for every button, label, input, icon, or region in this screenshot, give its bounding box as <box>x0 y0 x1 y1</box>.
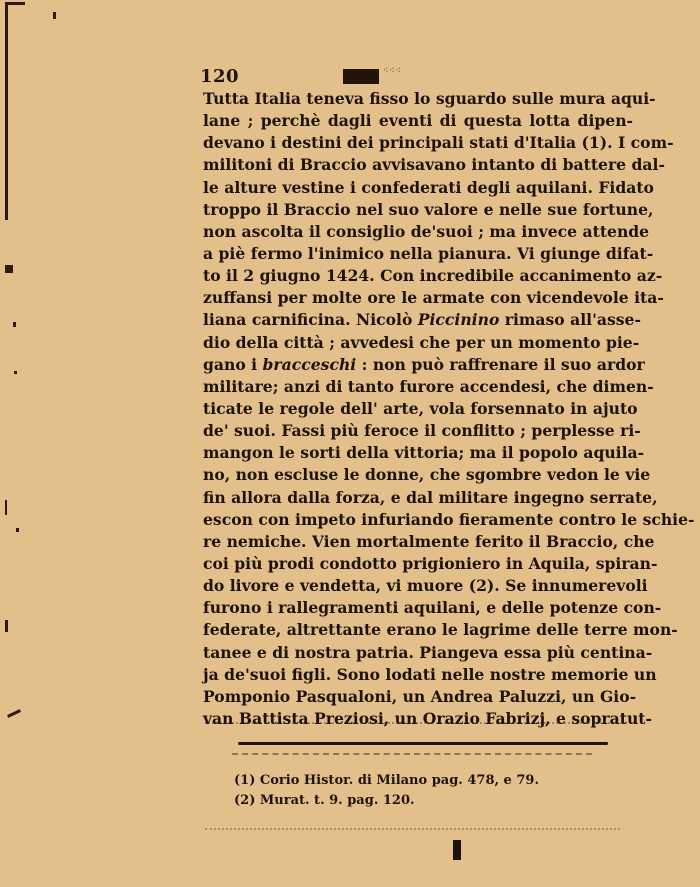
text-line: a piè fermo l'inimico nella pianura. Vi … <box>203 243 633 265</box>
text-segment: rimaso all'asse- <box>499 310 641 329</box>
footnotes: (1) Corio Histor. di Milano pag. 478, e … <box>234 771 624 811</box>
footnote-text: Murat. t. 9. pag. 120. <box>260 793 415 808</box>
bleed-through-rule <box>232 753 592 755</box>
ink-speck <box>13 322 16 327</box>
text-line: federate, altrettante erano le lagrime d… <box>203 619 633 641</box>
text-segment: gano i <box>203 355 263 374</box>
ink-speck <box>14 371 17 374</box>
text-line: gano i bracceschi : non può raffrenare i… <box>203 354 633 376</box>
text-line: mangon le sorti della vittoria; ma il po… <box>203 442 633 464</box>
bleed-through-line <box>205 722 625 734</box>
book-page: 120 ⁖⁖⁖ Tutta Italia teneva fisso lo sgu… <box>0 0 700 887</box>
bleed-through-line <box>205 828 620 830</box>
text-line: non ascolta il consiglio de'suoi ; ma in… <box>203 221 633 243</box>
italic-name: Piccinino <box>418 310 500 329</box>
text-line: devano i destini dei principali stati d'… <box>203 132 633 154</box>
text-line: coi più prodi condotto prigioniero in Aq… <box>203 553 633 575</box>
ink-speck <box>16 528 19 532</box>
printer-signature-mark <box>453 840 461 860</box>
footnote-marker: (2) <box>234 793 255 808</box>
header-ornament-trail: ⁖⁖⁖ <box>383 66 402 76</box>
text-line: liana carnificina. Nicolò Piccinino rima… <box>203 309 633 331</box>
footnote-2: (2) Murat. t. 9. pag. 120. <box>234 791 624 811</box>
text-line: furono i rallegramenti aquilani, e delle… <box>203 597 633 619</box>
text-line: tanee e di nostra patria. Piangeva essa … <box>203 642 633 664</box>
text-line: no, non escluse le donne, che sgombre ve… <box>203 464 633 486</box>
text-line: troppo il Braccio nel suo valore e nelle… <box>203 199 633 221</box>
footnote-1: (1) Corio Histor. di Milano pag. 478, e … <box>234 771 624 791</box>
ink-speck <box>5 500 7 515</box>
text-line: to il 2 giugno 1424. Con incredibile acc… <box>203 265 633 287</box>
footnote-marker: (1) <box>234 773 255 788</box>
text-line: do livore e vendetta, vi muore (2). Se i… <box>203 575 633 597</box>
text-line: lane ; perchè dagli eventi di questa lot… <box>203 110 633 132</box>
text-line: zuffansi per molte ore le armate con vic… <box>203 287 633 309</box>
body-text: Tutta Italia teneva fisso lo sguardo sul… <box>203 88 633 730</box>
page-number: 120 <box>200 66 239 87</box>
text-line: militare; anzi di tanto furore accendesi… <box>203 376 633 398</box>
ink-speck <box>53 12 56 19</box>
text-segment: : non può raffrenare il suo ardor <box>356 355 645 374</box>
text-line: escon con impeto infuriando fieramente c… <box>203 509 633 531</box>
binding-edge-mark <box>5 2 25 220</box>
text-line: Pomponio Pasqualoni, un Andrea Paluzzi, … <box>203 686 633 708</box>
text-line: le alture vestine i confederati degli aq… <box>203 177 633 199</box>
text-line: Tutta Italia teneva fisso lo sguardo sul… <box>203 88 633 110</box>
text-line: fin allora dalla forza, e dal militare i… <box>203 487 633 509</box>
text-line: ja de'suoi figli. Sono lodati nelle nost… <box>203 664 633 686</box>
text-line: de' suoi. Fassi più feroce il conflitto … <box>203 420 633 442</box>
ink-speck <box>5 620 8 632</box>
text-segment: liana carnificina. Nicolò <box>203 310 418 329</box>
footnote-rule <box>238 742 608 745</box>
italic-term: bracceschi <box>263 355 357 374</box>
text-line: ticate le regole dell' arte, vola forsen… <box>203 398 633 420</box>
text-line: militoni di Braccio avvisavano intanto d… <box>203 154 633 176</box>
ink-speck <box>5 265 13 273</box>
text-line: re nemiche. Vien mortalmente ferito il B… <box>203 531 633 553</box>
ink-speck <box>7 709 21 718</box>
text-line: dio della città ; avvedesi che per un mo… <box>203 332 633 354</box>
page-header: 120 ⁖⁖⁖ <box>200 66 640 88</box>
footnote-text: Corio Histor. di Milano pag. 478, e 79. <box>260 773 539 788</box>
header-ornament <box>343 69 379 84</box>
